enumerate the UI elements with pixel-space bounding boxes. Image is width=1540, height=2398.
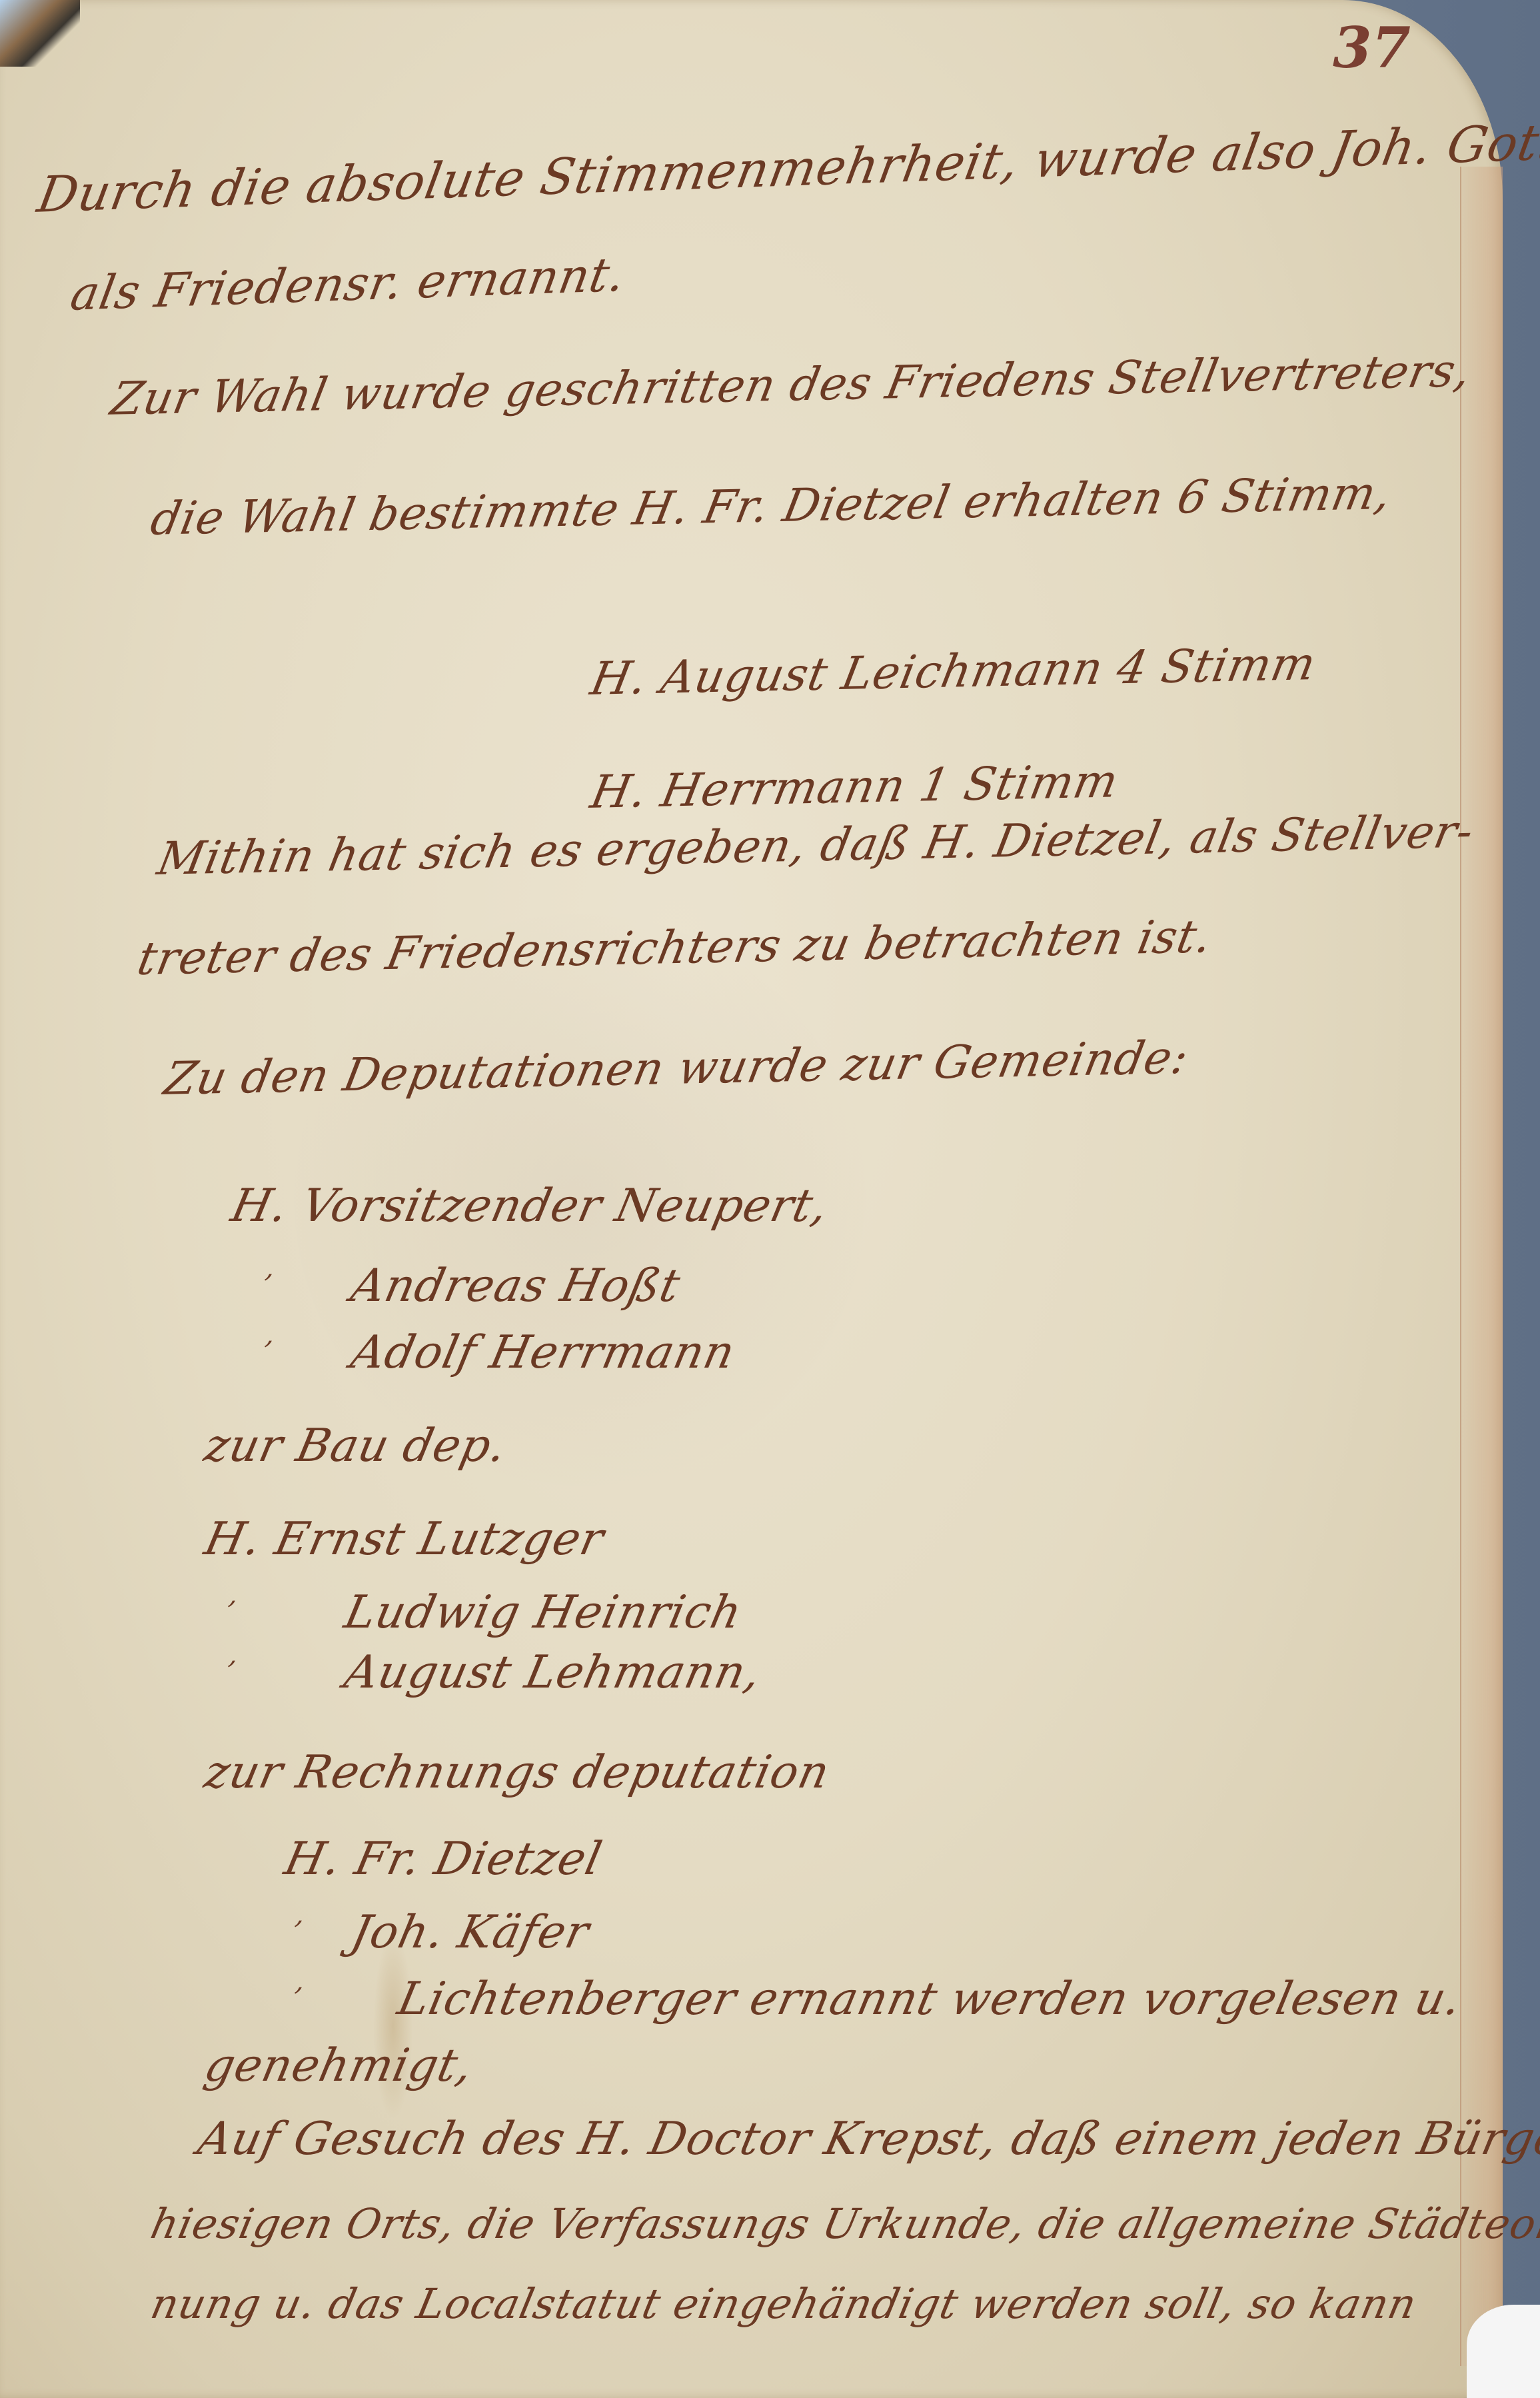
text-line-19: Joh. Käfer [347, 1906, 594, 1959]
text-line-11: Andreas Hoßt [347, 1260, 685, 1312]
text-line-13: zur Bau dep. [200, 1420, 511, 1472]
text-line-17: zur Rechnungs deputation [200, 1746, 834, 1799]
text-line-23: hiesigen Orts, die Verfassungs Urkunde, … [147, 2199, 1540, 2248]
text-line-7: Mithin hat sich es ergeben, daß H. Dietz… [153, 805, 1478, 886]
ditto-mark-6: , [293, 1966, 309, 1997]
text-line-3: Zur Wahl wurde geschritten des Friedens … [107, 345, 1475, 426]
page-number: 37 [1333, 15, 1411, 81]
text-line-14: H. Ernst Lutzger [200, 1513, 608, 1566]
ditto-mark-2: , [263, 1320, 279, 1350]
text-line-5: H. August Leichmann 4 Stimm [586, 638, 1320, 706]
paper-tab [1467, 2305, 1540, 2398]
page-edge [1460, 167, 1503, 2366]
document-page: 37 Durch die absolute Stimmenmehrheit, w… [0, 0, 1503, 2398]
text-line-12: Adolf Herrmann [347, 1326, 740, 1379]
ditto-mark-3: , [227, 1580, 242, 1610]
ditto-mark-1: , [263, 1253, 279, 1284]
ditto-mark-4: , [227, 1640, 242, 1670]
text-line-4: die Wahl bestimmte H. Fr. Dietzel erhalt… [147, 467, 1396, 546]
text-line-21: genehmigt, [200, 2039, 478, 2092]
text-line-24: nung u. das Localstatut eingehändigt wer… [147, 2279, 1421, 2328]
text-line-2: als Friedensr. ernannt. [67, 247, 630, 321]
text-line-6: H. Herrmann 1 Stimm [586, 755, 1123, 819]
text-line-22: Auf Gesuch des H. Doctor Krepst, daß ein… [193, 2113, 1540, 2165]
ditto-mark-5: , [293, 1899, 309, 1930]
text-line-16: August Lehmann, [340, 1646, 766, 1699]
text-line-1: Durch die absolute Stimmenmehrheit, wurd… [33, 104, 1540, 224]
text-line-10: H. Vorsitzender Neupert, [227, 1180, 833, 1232]
torn-corner [0, 0, 80, 67]
text-line-20: Lichtenberger ernannt werden vorgelesen … [393, 1973, 1466, 2025]
text-line-18: H. Fr. Dietzel [280, 1833, 606, 1885]
text-line-15: Ludwig Heinrich [340, 1586, 747, 1639]
